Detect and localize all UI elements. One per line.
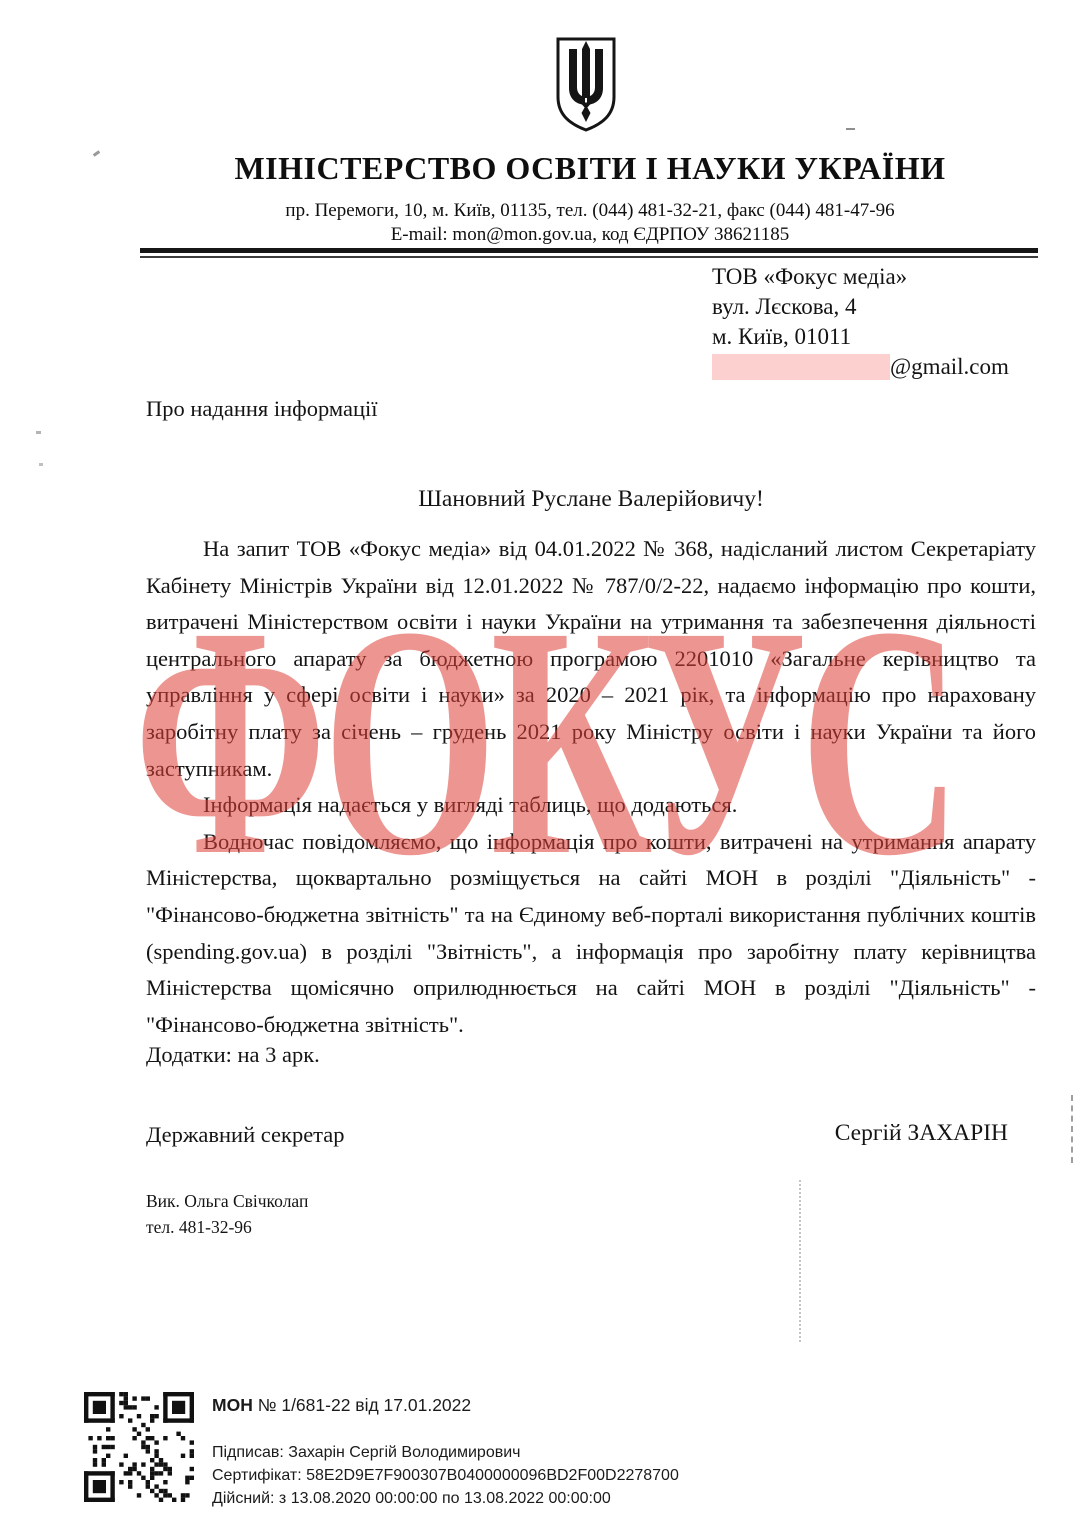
- header-address-line: пр. Перемоги, 10, м. Київ, 01135, тел. (…: [100, 200, 1080, 222]
- ukraine-trident-emblem-icon: [549, 36, 623, 134]
- body-paragraph-2: Інформація надається у вигляді таблиць, …: [146, 787, 1036, 824]
- attachments-note: Додатки: на 3 арк.: [146, 1042, 320, 1068]
- scan-artifact: [39, 463, 43, 466]
- stamp-ref-number: № 1/681-22 від 17.01.2022: [258, 1395, 471, 1415]
- signer-role: Державний секретар: [146, 1122, 345, 1148]
- scan-artifact: [36, 431, 41, 434]
- redaction-box: [712, 354, 890, 380]
- validity-line: Дійсний: з 13.08.2020 00:00:00 по 13.08.…: [212, 1487, 679, 1510]
- ministry-title: МІНІСТЕРСТВО ОСВІТИ І НАУКИ УКРАЇНИ: [100, 150, 1080, 187]
- scan-artifact: [1071, 1095, 1073, 1163]
- body-paragraph-3: Водночас повідомляємо, що інформація про…: [146, 824, 1036, 1044]
- executor-name: Вик. Ольга Свічколап: [146, 1188, 308, 1214]
- signer-name: Сергій ЗАХАРІН: [835, 1120, 1008, 1147]
- letter-body: На запит ТОВ «Фокус медіа» від 04.01.202…: [146, 531, 1036, 1043]
- trident-shield-icon: [549, 36, 623, 134]
- header-divider: [140, 248, 1038, 258]
- letter-page: МІНІСТЕРСТВО ОСВІТИ І НАУКИ УКРАЇНИ пр. …: [0, 0, 1088, 1538]
- email-suffix: @gmail.com: [890, 354, 1009, 379]
- recipient-city: м. Київ, 01011: [712, 322, 1009, 352]
- salutation: Шановний Руслане Валерійовичу!: [146, 486, 1036, 513]
- recipient-street: вул. Лєскова, 4: [712, 292, 1009, 322]
- executor-block: Вик. Ольга Свічколап тел. 481-32-96: [146, 1188, 308, 1240]
- subject-line: Про надання інформації: [146, 396, 378, 422]
- certificate-line: Сертифікат: 58E2D9E7F900307B0400000096BD…: [212, 1464, 679, 1487]
- scan-artifact: [799, 1180, 801, 1342]
- signed-by-line: Підписав: Захарін Сергій Володимирович: [212, 1441, 679, 1464]
- recipient-block: ТОВ «Фокус медіа» вул. Лєскова, 4 м. Киї…: [712, 262, 1009, 382]
- stamp-text-block: МОН № 1/681-22 від 17.01.2022 Підписав: …: [212, 1392, 679, 1510]
- executor-phone: тел. 481-32-96: [146, 1214, 308, 1240]
- qr-code-icon: [84, 1392, 194, 1502]
- header-contact-line: E-mail: mon@mon.gov.ua, код ЄДРПОУ 38621…: [100, 224, 1080, 246]
- recipient-company: ТОВ «Фокус медіа»: [712, 262, 1009, 292]
- digital-signature-stamp: МОН № 1/681-22 від 17.01.2022 Підписав: …: [84, 1392, 679, 1510]
- recipient-email-line: @gmail.com: [712, 352, 1009, 382]
- document-reference: МОН № 1/681-22 від 17.01.2022: [212, 1395, 679, 1416]
- stamp-org: МОН: [212, 1395, 253, 1415]
- body-paragraph-1: На запит ТОВ «Фокус медіа» від 04.01.202…: [146, 531, 1036, 787]
- scan-artifact: [846, 128, 855, 130]
